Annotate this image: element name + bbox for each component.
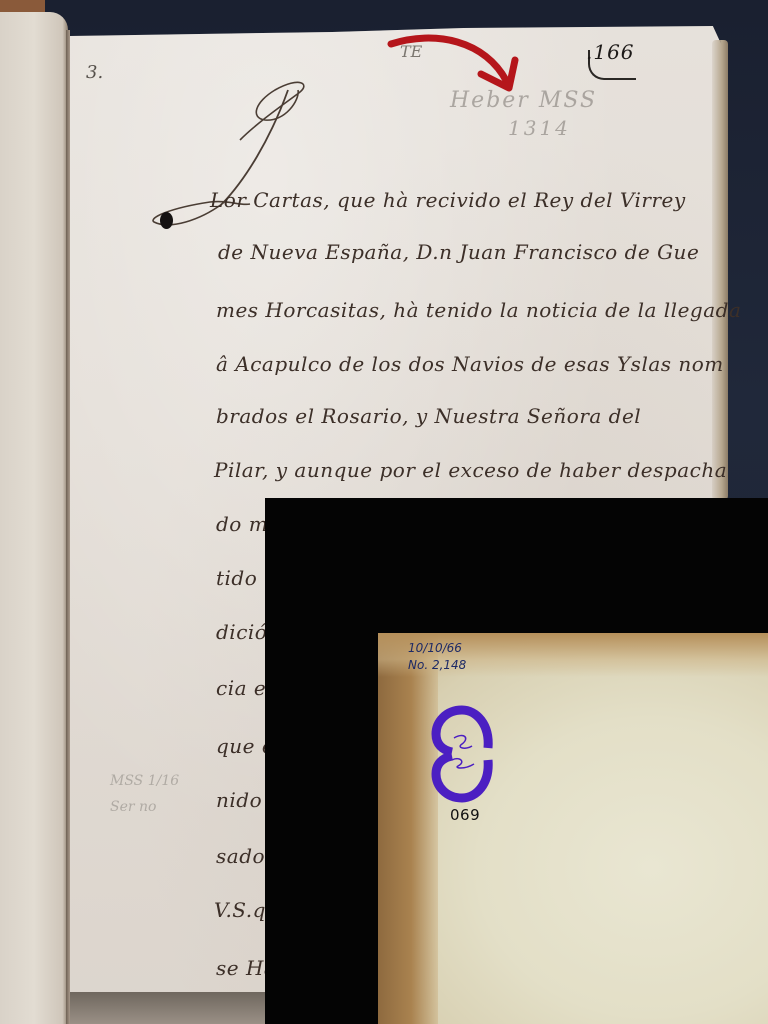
page-bottom-fold <box>70 992 266 1024</box>
side-pencil-note-line2: Ser no <box>110 794 179 820</box>
manuscript-line-6: Pilar, y aunque por el exceso de haber d… <box>214 458 727 482</box>
page-edge <box>712 40 728 500</box>
red-arrow-icon <box>385 30 525 100</box>
manuscript-line-8: tido <box>216 566 257 590</box>
manuscript-line-7: do m <box>216 512 268 536</box>
ink-blot <box>160 212 173 229</box>
side-pencil-note-line1: MSS 1/16 <box>110 768 179 794</box>
manuscript-line-3: mes Horcasitas, hà tenido la noticia de … <box>216 298 741 322</box>
cover-stain-left <box>378 633 438 1024</box>
stamp-number: 069 <box>450 806 480 824</box>
left-folio-number: 3. <box>86 62 103 83</box>
provenance-note-line2: 1314 <box>508 116 571 140</box>
left-facing-page <box>0 12 68 1024</box>
folio-number: .166 <box>586 40 635 64</box>
manuscript-line-14: V.S.q <box>214 898 266 922</box>
manuscript-line-12: nido <box>216 788 262 812</box>
manuscript-line-4: â Acapulco de los dos Navios de esas Ysl… <box>216 352 724 376</box>
cover-accession-number: No. 2,148 <box>408 657 466 674</box>
cover-accession-note: 10/10/66 No. 2,148 <box>408 640 466 674</box>
book-gutter <box>66 30 70 1024</box>
collection-stamp-icon <box>430 704 496 804</box>
manuscript-line-5: brados el Rosario, y Nuestra Señora del <box>216 404 641 428</box>
cover-date: 10/10/66 <box>408 640 466 657</box>
manuscript-line-13: sado <box>216 844 265 868</box>
manuscript-line-2: de Nueva España, D.n Juan Francisco de G… <box>218 240 699 264</box>
side-pencil-note: MSS 1/16 Ser no <box>110 768 179 820</box>
manuscript-line-1: Lor Cartas, que hà recivido el Rey del V… <box>210 188 686 212</box>
manuscript-line-10: cia e <box>216 676 266 700</box>
